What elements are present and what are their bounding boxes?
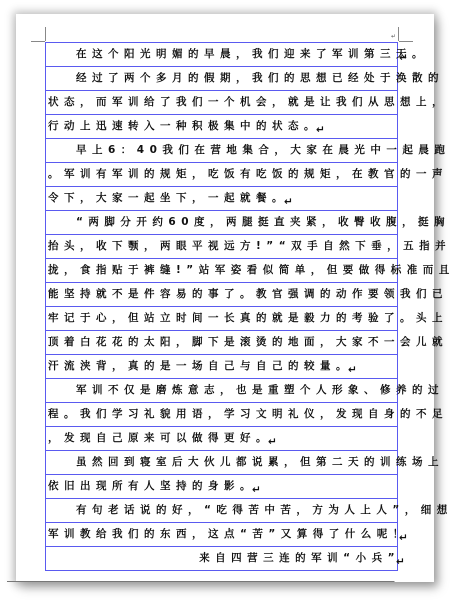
text-line[interactable]: 依旧出现所有人坚持的身影。↵ xyxy=(45,474,398,498)
line-text: 军训教给我们的东西，这点“苦”又算得了什么呢！ xyxy=(48,527,409,541)
crop-mark-tr-v xyxy=(398,27,399,41)
line-text: 抬头，收下颚，两眼平视远方!”“双手自然下垂，五指并 xyxy=(48,239,450,253)
line-text: 经过了两个多月的假期，我们的思想已经处于涣散的 xyxy=(76,71,444,85)
line-text: 虽然回到寝室后大伙儿都说累，但第二天的训练场上 xyxy=(76,455,444,469)
line-text: 在这个阳光明媚的早晨，我们迎来了军训第三天。 xyxy=(76,47,428,61)
text-line[interactable]: 经过了两个多月的假期，我们的思想已经处于涣散的 xyxy=(45,66,398,90)
text-line[interactable]: 行动上迅速转入一种积极集中的状态。↵ xyxy=(45,114,398,138)
text-line[interactable]: 能坚持就不是件容易的事了。教官强调的动作要领我们已 xyxy=(45,282,398,306)
line-text: 来自四营三连的军训“小兵” xyxy=(199,551,400,565)
line-text: 。军训有军训的规矩，吃饭有吃饭的规矩，在教官的一声 xyxy=(48,167,448,181)
line-text: 状态，而军训给了我们一个机会，就是让我们从思想上， xyxy=(48,95,448,109)
text-line[interactable]: 军训不仅是磨炼意志，也是重塑个人形象、修养的过 xyxy=(45,378,398,402)
text-line[interactable]: 抬头，收下颚，两眼平视远方!”“双手自然下垂，五指并 xyxy=(45,234,398,258)
text-line[interactable]: 拢，食指贴于裤缝!”站军姿看似简单，但要做得标准而且 xyxy=(45,258,398,282)
line-text: 早上6：40我们在营地集合，大家在晨光中一起晨跑 xyxy=(76,143,450,157)
text-line[interactable]: 来自四营三连的军训“小兵”↵ xyxy=(45,546,398,571)
paragraph-mark-top: ↵ xyxy=(391,33,396,40)
text-line[interactable]: 顶着白花花的太阳，脚下是滚烫的地面，大家不一会儿就 xyxy=(45,330,398,354)
text-line[interactable]: 汗流浃背，真的是一场自己与自己的较量。↵ xyxy=(45,354,398,378)
line-text: 汗流浃背，真的是一场自己与自己的较量。 xyxy=(48,359,352,373)
text-line[interactable]: 有句老话说的好，“吃得苦中苦，方为人上人”，细想 xyxy=(45,498,398,522)
page-bottom-edge xyxy=(7,581,422,582)
document-text-grid[interactable]: 在这个阳光明媚的早晨，我们迎来了军训第三天。↵经过了两个多月的假期，我们的思想已… xyxy=(45,42,398,571)
line-text: 顶着白花花的太阳，脚下是滚烫的地面，大家不一会儿就 xyxy=(48,335,448,349)
paragraph-mark: ↵ xyxy=(348,363,362,377)
line-text: “两脚分开约60度，两腿挺直夹紧，收臀收腹，挺胸 xyxy=(76,215,450,229)
text-line[interactable]: 牢记于心，但站立时间一长真的就是毅力的考验了。头上 xyxy=(45,306,398,330)
line-text: 能坚持就不是件容易的事了。教官强调的动作要领我们已 xyxy=(48,287,448,301)
line-text: 程。我们学习礼貌用语，学习文明礼仪，发现自身的不足 xyxy=(48,407,448,421)
crop-mark-tr-h xyxy=(399,41,413,42)
line-text: 行动上迅速转入一种积极集中的状态。 xyxy=(48,119,320,133)
text-line[interactable]: 令下，大家一起坐下，一起就餐。↵ xyxy=(45,186,398,210)
text-line[interactable]: 程。我们学习礼貌用语，学习文明礼仪，发现自身的不足 xyxy=(45,402,398,426)
text-line[interactable]: 虽然回到寝室后大伙儿都说累，但第二天的训练场上 xyxy=(45,450,398,474)
paragraph-mark: ↵ xyxy=(252,483,266,497)
page-curl-bottom-right xyxy=(394,542,434,582)
line-text: 依旧出现所有人坚持的身影。 xyxy=(48,479,256,493)
page-curl-top-left xyxy=(16,14,56,54)
line-text: 有句老话说的好，“吃得苦中苦，方为人上人”，细想 xyxy=(76,503,450,517)
text-line[interactable]: 早上6：40我们在营地集合，大家在晨光中一起晨跑 xyxy=(45,138,398,162)
line-text: 拢，食指贴于裤缝!”站军姿看似简单，但要做得标准而且 xyxy=(48,263,450,277)
text-line[interactable]: 在这个阳光明媚的早晨，我们迎来了军训第三天。↵ xyxy=(45,42,398,66)
text-line[interactable]: “两脚分开约60度，两腿挺直夹紧，收臀收腹，挺胸 xyxy=(45,210,398,234)
line-text: 军训不仅是磨炼意志，也是重塑个人形象、修养的过 xyxy=(76,383,444,397)
paragraph-mark: ↵ xyxy=(268,435,282,449)
text-line[interactable]: 军训教给我们的东西，这点“苦”又算得了什么呢！↵ xyxy=(45,522,398,546)
text-line[interactable]: ，发现自己原来可以做得更好。↵ xyxy=(45,426,398,450)
text-line[interactable]: 状态，而军训给了我们一个机会，就是让我们从思想上， xyxy=(45,90,398,114)
text-line[interactable]: 。军训有军训的规矩，吃饭有吃饭的规矩，在教官的一声 xyxy=(45,162,398,186)
paragraph-mark: ↵ xyxy=(399,51,413,65)
line-text: 牢记于心，但站立时间一长真的就是毅力的考验了。头上 xyxy=(48,311,448,325)
paragraph-mark: ↵ xyxy=(316,123,330,137)
paragraph-mark: ↵ xyxy=(284,195,298,209)
line-text: 令下，大家一起坐下，一起就餐。 xyxy=(48,191,288,205)
line-text: ，发现自己原来可以做得更好。 xyxy=(48,431,272,445)
